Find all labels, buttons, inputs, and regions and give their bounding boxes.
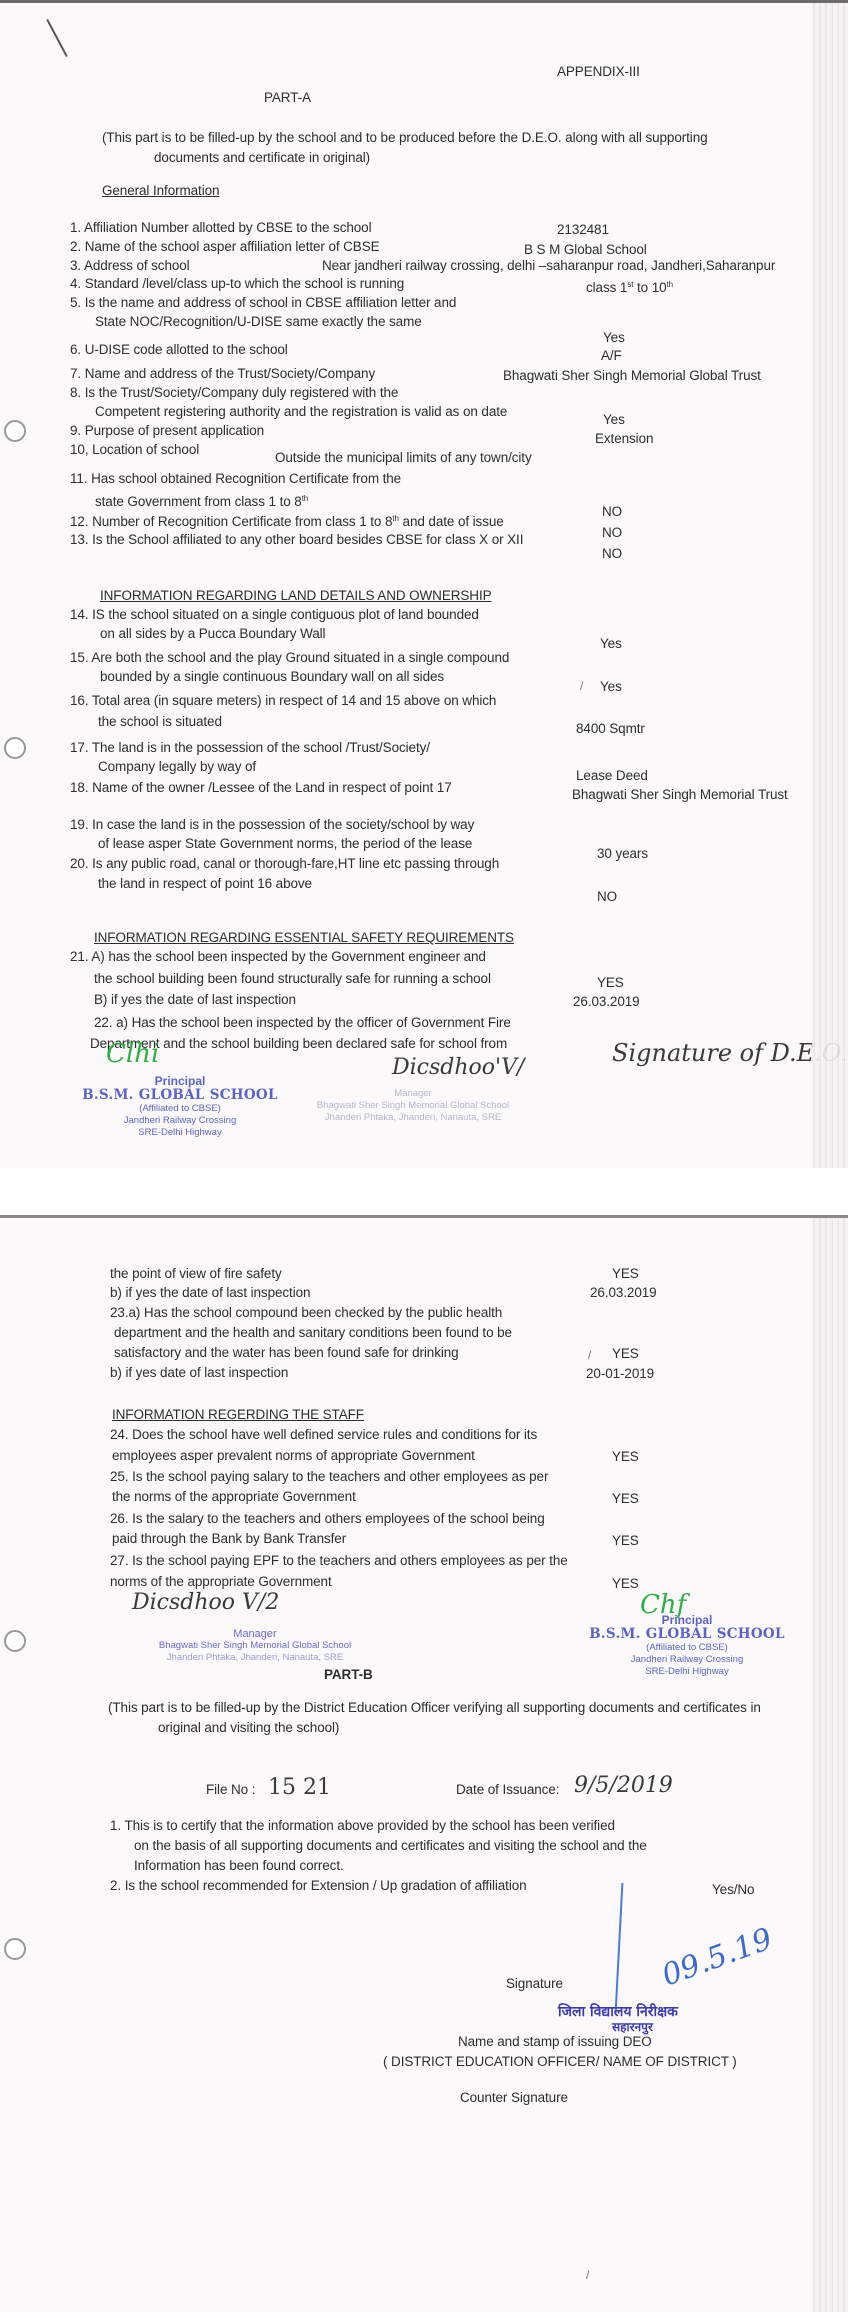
item-22b-question: b) if yes the date of last inspection — [110, 1284, 310, 1302]
date-of-issuance-value: 9/5/2019 — [574, 1773, 673, 1798]
manager-signature: Dicsdhoo V/2 — [132, 1590, 279, 1615]
item-5-question-line-1: 5. Is the name and address of school in … — [70, 294, 456, 312]
item-8-question-line-2: Competent registering authority and the … — [95, 403, 507, 421]
item-20-question-line-1: 20. Is any public road, canal or thoroug… — [70, 855, 499, 873]
part-a-intro-line-2: documents and certificate in original) — [154, 149, 370, 167]
item-23a-answer: YES — [612, 1345, 639, 1363]
item-17-question-line-1: 17. The land is in the possession of the… — [70, 739, 430, 757]
item-6-answer: A/F — [601, 347, 622, 365]
item-7-answer: Bhagwati Sher Singh Memorial Global Trus… — [503, 367, 761, 385]
item-17-answer: Lease Deed — [576, 767, 648, 785]
item-26-question-line-1: 26. Is the salary to the teachers and ot… — [110, 1510, 545, 1528]
deo-signature-date: 09.5.19 — [657, 1921, 777, 1993]
item-14-question-line-1: 14. IS the school situated on a single c… — [70, 606, 479, 624]
item-26-question-line-2: paid through the Bank by Bank Transfer — [112, 1530, 346, 1548]
item-27-question-line-1: 27. Is the school paying EPF to the teac… — [110, 1552, 568, 1570]
item-18-question: 18. Name of the owner /Lessee of the Lan… — [70, 779, 452, 797]
item-25-question-line-2: the norms of the appropriate Government — [112, 1488, 356, 1506]
punch-hole — [4, 1630, 26, 1652]
item-9-answer: Extension — [595, 430, 653, 448]
item-5-answer: Yes — [603, 329, 625, 347]
name-and-stamp-label: Name and stamp of issuing DEO — [458, 2033, 652, 2051]
date-of-issuance-label: Date of Issuance: — [456, 1781, 559, 1799]
item-22a-answer: YES — [612, 1265, 639, 1283]
item-24-answer: YES — [612, 1448, 639, 1466]
item-5-question-line-2: State NOC/Recognition/U-DISE same exactl… — [95, 313, 422, 331]
item-3-question: 3. Address of school — [70, 257, 190, 275]
item-14-answer: Yes — [600, 635, 622, 653]
certification-line-3: Information has been found correct. — [134, 1857, 344, 1875]
item-6-question: 6. U-DISE code allotted to the school — [70, 341, 288, 359]
part-a-title: PART-A — [264, 89, 311, 107]
item-12-answer: NO — [602, 524, 622, 542]
item-24-question-line-1: 24. Does the school have well defined se… — [110, 1426, 537, 1444]
signature-label: Signature — [506, 1975, 563, 1993]
item-20-question-line-2: the land in respect of point 16 above — [98, 875, 312, 893]
deo-handwritten-note: Signature of D.E.O. — [612, 1039, 848, 1067]
file-no-label: File No : — [206, 1781, 255, 1799]
item-16-question-line-1: 16. Total area (in square meters) in res… — [70, 692, 496, 710]
item-4-question: 4. Standard /level/class up-to which the… — [70, 275, 404, 293]
document-page-1: APPENDIX-III PART-A (This part is to be … — [0, 0, 848, 1168]
counter-signature-label: Counter Signature — [460, 2089, 568, 2107]
deo-signature-stroke — [615, 1883, 624, 2013]
item-25-question-line-1: 25. Is the school paying salary to the t… — [110, 1468, 548, 1486]
certification-line-1: 1. This is to certify that the informati… — [110, 1817, 615, 1835]
item-19-question-line-1: 19. In case the land is in the possessio… — [70, 816, 474, 834]
item-17-question-line-2: Company legally by way of — [98, 758, 256, 776]
item-27-answer: YES — [612, 1575, 639, 1593]
item-22-question-line-1: 22. a) Has the school been inspected by … — [94, 1014, 511, 1032]
item-24-question-line-2: employees asper prevalent norms of appro… — [112, 1447, 475, 1465]
item-15-question-line-2: bounded by a single continuous Boundary … — [100, 668, 444, 686]
item-3-answer: Near jandheri railway crossing, delhi –s… — [322, 257, 775, 275]
item-11-question-line-1: 11. Has school obtained Recognition Cert… — [70, 470, 401, 488]
part-a-intro-line-1: (This part is to be filled-up by the sch… — [102, 129, 708, 147]
manager-stamp: Manager Bhagwati Sher Singh Memorial Glo… — [298, 1088, 528, 1124]
pen-tick: / — [586, 2268, 589, 2282]
part-b-title: PART-B — [324, 1666, 373, 1684]
pen-mark — [46, 19, 67, 57]
item-22b-answer: 26.03.2019 — [590, 1284, 657, 1302]
principal-signature: Clhi — [106, 1039, 159, 1069]
item-21-question-line-1: 21. A) has the school been inspected by … — [70, 948, 486, 966]
file-no-value: 15 21 — [268, 1775, 331, 1800]
district-education-officer-label: ( DISTRICT EDUCATION OFFICER/ NAME OF DI… — [383, 2053, 737, 2071]
item-21b-answer: 26.03.2019 — [573, 993, 640, 1011]
principal-stamp: Principal B.S.M. GLOBAL SCHOOL (Affiliat… — [80, 1075, 280, 1139]
item-23-question-line-2: department and the health and sanitary c… — [114, 1324, 512, 1342]
pen-tick: / — [588, 1348, 591, 1362]
recommendation-question: 2. Is the school recommended for Extensi… — [110, 1877, 527, 1895]
punch-hole — [4, 737, 26, 759]
item-23b-question: b) if yes date of last inspection — [110, 1364, 288, 1382]
item-23b-answer: 20-01-2019 — [586, 1365, 654, 1383]
part-b-intro-line-1: (This part is to be filled-up by the Dis… — [108, 1699, 761, 1717]
manager-signature: Dicsdhoo'V/ — [392, 1055, 524, 1080]
item-9-question: 9. Purpose of present application — [70, 422, 264, 440]
pen-tick: / — [580, 679, 583, 693]
item-10-answer: Outside the municipal limits of any town… — [275, 449, 532, 467]
appendix-label: APPENDIX-III — [557, 63, 640, 81]
item-7-question: 7. Name and address of the Trust/Society… — [70, 365, 375, 383]
item-21a-answer: YES — [597, 974, 624, 992]
item-4-answer: class 1st to 10th — [586, 276, 673, 297]
section-general-information: General Information — [102, 182, 219, 200]
item-1-answer: 2132481 — [557, 221, 609, 239]
item-11-answer: NO — [602, 503, 622, 521]
item-20-answer: NO — [597, 888, 617, 906]
section-safety: INFORMATION REGARDING ESSENTIAL SAFETY R… — [94, 929, 514, 947]
section-staff: INFORMATION REGERDING THE STAFF — [112, 1406, 364, 1424]
recommendation-answer: Yes/No — [712, 1881, 754, 1899]
punch-hole — [4, 1938, 26, 1960]
item-23-question-line-3: satisfactory and the water has been foun… — [114, 1344, 459, 1362]
item-27-question-line-2: norms of the appropriate Government — [110, 1573, 332, 1591]
item-11-question-line-2: state Government from class 1 to 8th — [95, 490, 308, 511]
certification-line-2: on the basis of all supporting documents… — [134, 1837, 647, 1855]
item-2-question: 2. Name of the school asper affiliation … — [70, 238, 380, 256]
item-19-answer: 30 years — [597, 845, 648, 863]
item-15-question-line-1: 15. Are both the school and the play Gro… — [70, 649, 509, 667]
item-25-answer: YES — [612, 1490, 639, 1508]
item-22-question-line-3: the point of view of fire safety — [110, 1265, 282, 1283]
item-13-question: 13. Is the School affiliated to any othe… — [70, 531, 523, 549]
manager-stamp: Manager Bhagwati Sher Singh Memorial Glo… — [140, 1628, 370, 1664]
item-12-question: 12. Number of Recognition Certificate fr… — [70, 510, 504, 531]
part-b-intro-line-2: original and visiting the school) — [158, 1719, 339, 1737]
item-26-answer: YES — [612, 1532, 639, 1550]
document-page-2: the point of view of fire safety YES b) … — [0, 1215, 848, 2312]
item-23-question-line-1: 23.a) Has the school compound been check… — [110, 1304, 502, 1322]
section-land-details: INFORMATION REGARDING LAND DETAILS AND O… — [100, 587, 492, 605]
item-21b-question: B) if yes the date of last inspection — [94, 991, 296, 1009]
item-8-question-line-1: 8. Is the Trust/Society/Company duly reg… — [70, 384, 398, 402]
item-16-answer: 8400 Sqmtr — [576, 720, 645, 738]
item-18-answer: Bhagwati Sher Singh Memorial Trust — [572, 786, 788, 804]
item-1-question: 1. Affiliation Number allotted by CBSE t… — [70, 219, 371, 237]
item-8-answer: Yes — [603, 411, 625, 429]
item-16-question-line-2: the school is situated — [98, 713, 222, 731]
item-13-answer: NO — [602, 545, 622, 563]
item-14-question-line-2: on all sides by a Pucca Boundary Wall — [100, 625, 325, 643]
punch-hole — [4, 420, 26, 442]
item-15-answer: Yes — [600, 678, 622, 696]
item-19-question-line-2: of lease asper State Government norms, t… — [98, 835, 472, 853]
item-10-question: 10, Location of school — [70, 441, 199, 459]
principal-stamp: Principal B.S.M. GLOBAL SCHOOL (Affiliat… — [582, 1614, 792, 1678]
item-21-question-line-2: the school building been found structura… — [94, 970, 491, 988]
